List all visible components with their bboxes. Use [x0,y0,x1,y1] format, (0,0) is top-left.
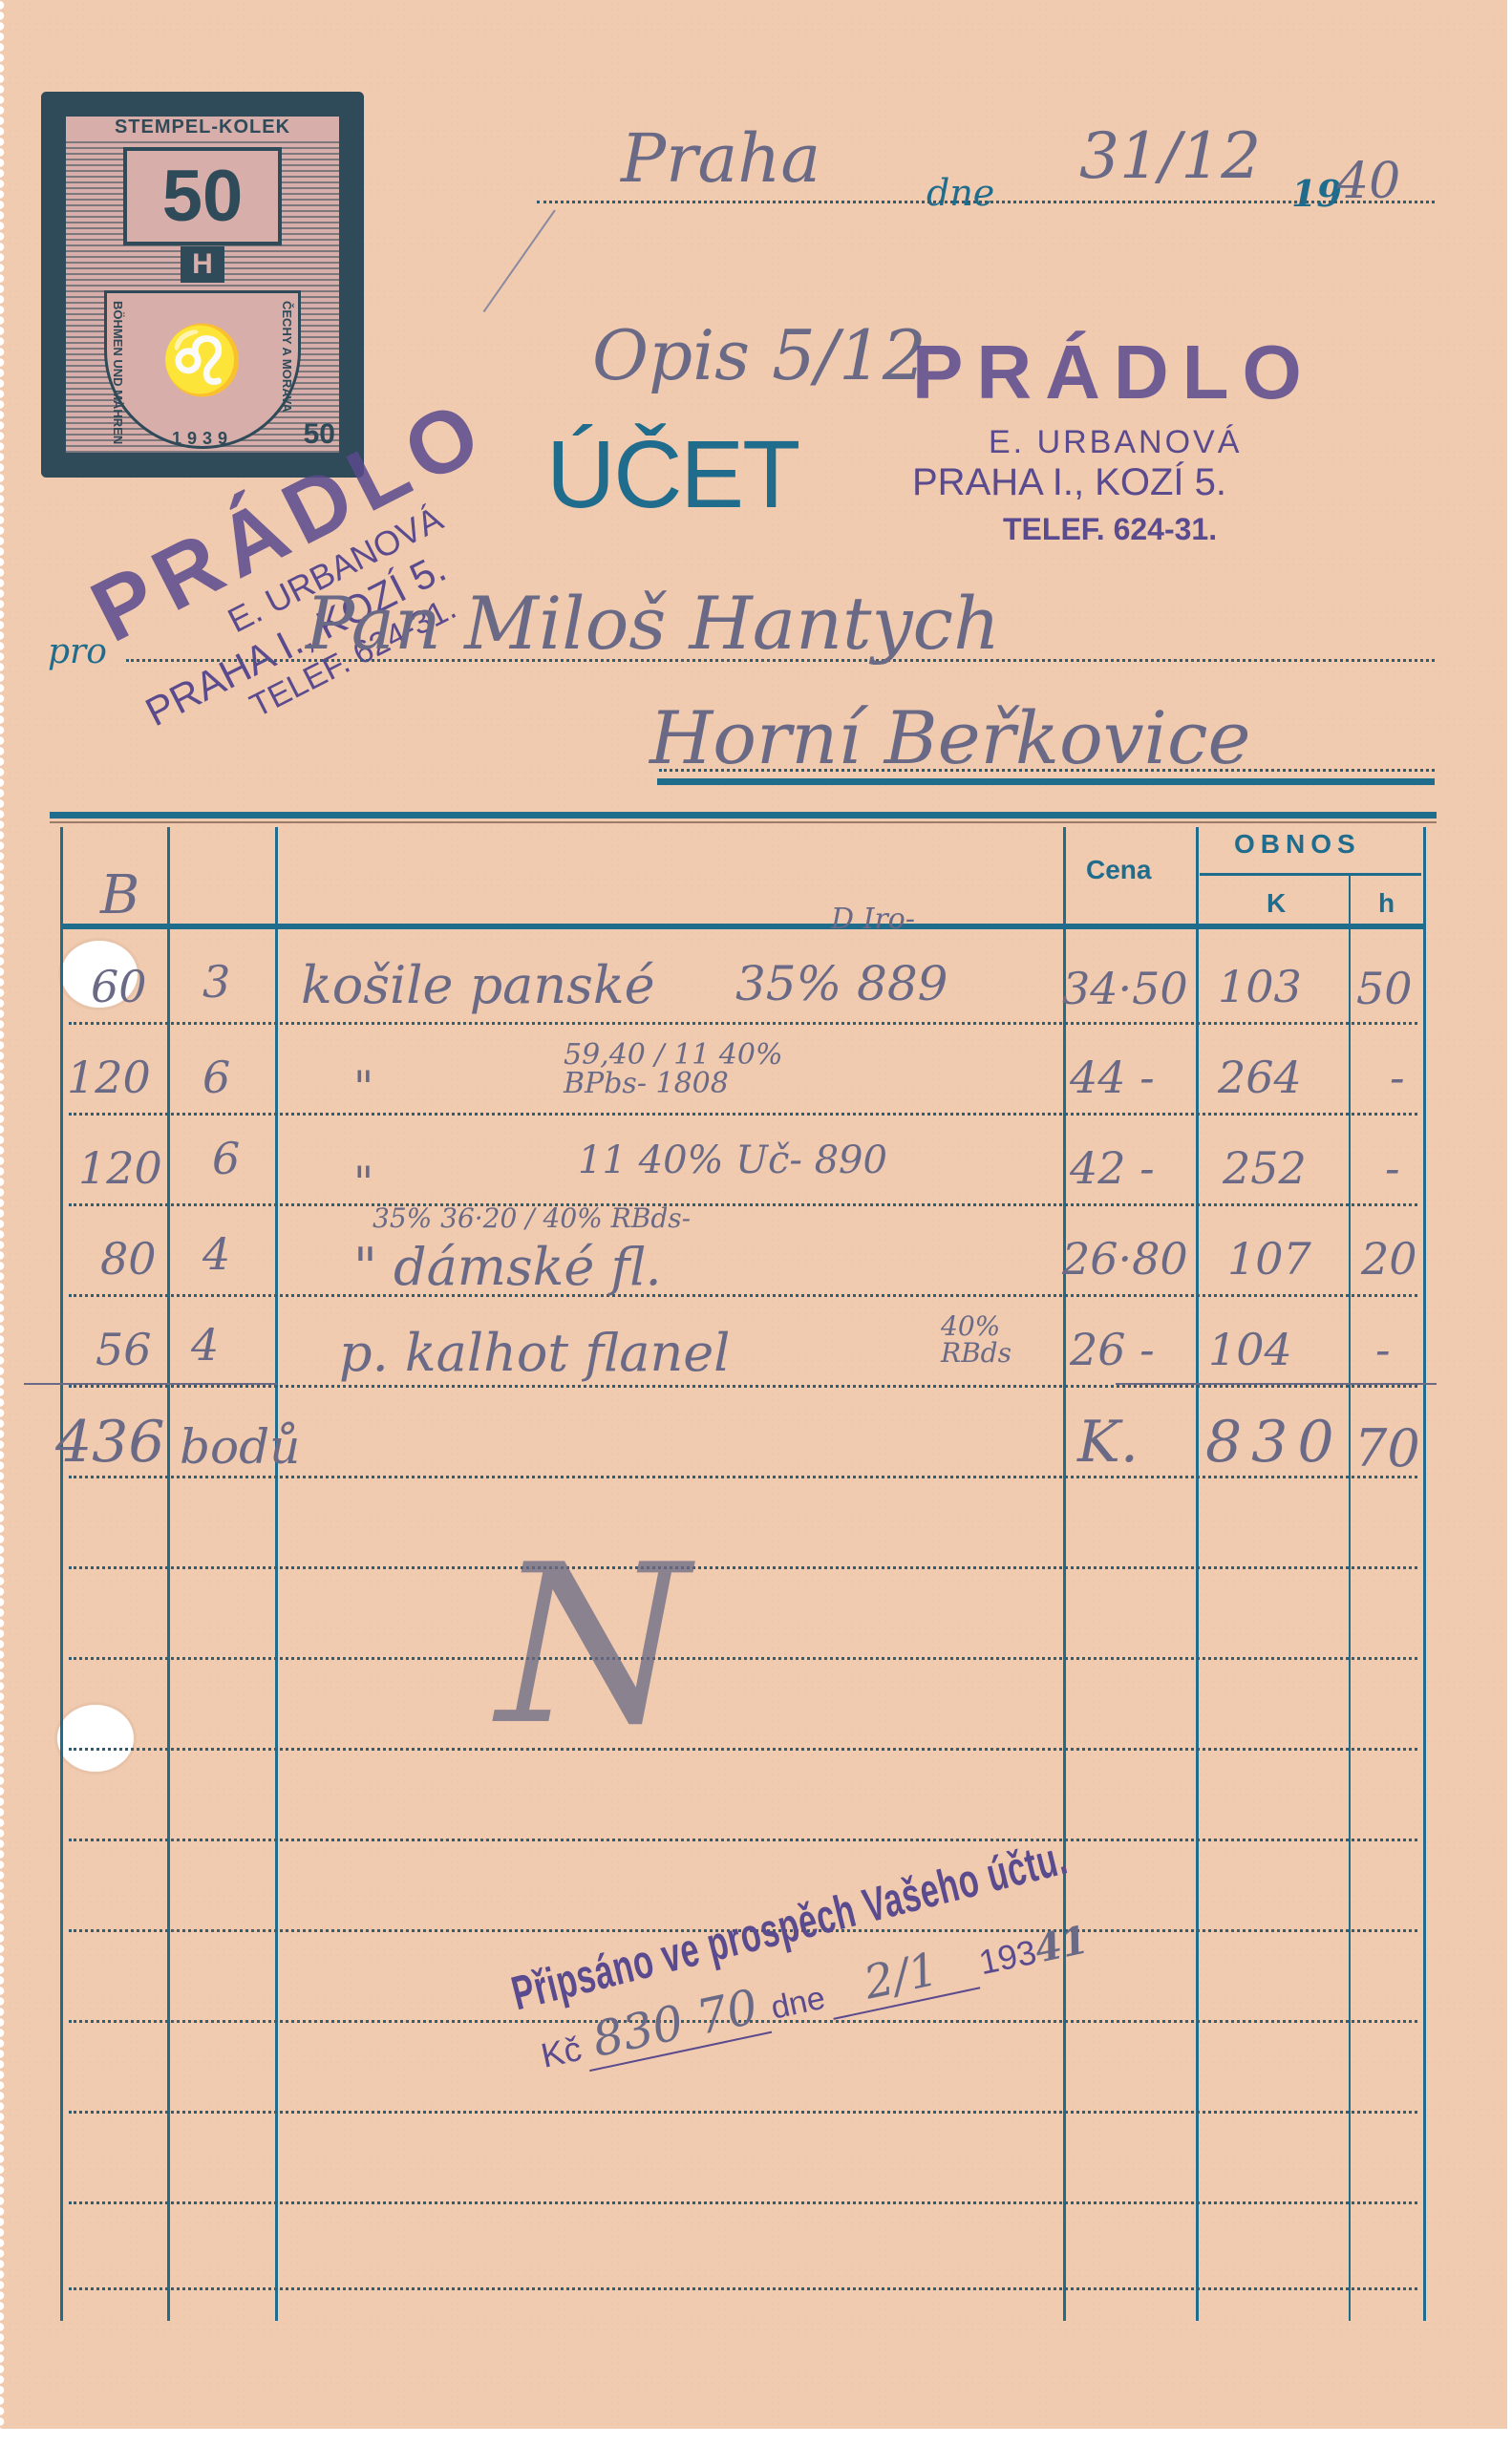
place-handwritten: Praha [621,119,820,198]
perforated-edge [0,0,8,2429]
row-cena: 42 - [1070,1146,1155,1190]
stamp-left-text: BÖHMEN UND MÄHREN [111,301,125,444]
stamp-year: 1939 [66,429,339,449]
row-cena: 26·80 [1062,1237,1188,1281]
row-note-top: D Iro- [831,905,915,934]
cena-header: Cena [1086,855,1151,885]
row-qty: 6 [202,1055,230,1099]
row-b: 56 [96,1328,152,1371]
payment-year-prefix: 193 [975,1932,1039,1983]
row-qty: 4 [191,1323,219,1367]
row-note: 11 40% Uč- 890 [578,1141,887,1180]
col-line [1349,875,1351,2321]
obnos-h-header: h [1378,888,1395,919]
row-note: 59,40 / 11 40% BPbs- 1808 [564,1041,802,1098]
table-top-bar [50,812,1437,819]
row-k: 103 [1218,965,1302,1009]
stamp-value: 50 [123,147,282,245]
payment-dne-label: dne [768,1980,828,2027]
table-top-thin-rule [50,821,1437,823]
date-handwritten: 31/12 [1079,119,1261,193]
row-cena: 34·50 [1062,967,1188,1010]
col-line [275,827,278,2321]
col-b-header: B [100,864,139,926]
row-desc: " dámské fl. [353,1242,662,1293]
row-qty: 6 [212,1137,240,1180]
col-line [1196,827,1199,2321]
row-note: 40% RBds [941,1313,1036,1367]
kc-label: Kč [538,2029,586,2075]
row-k: 252 [1223,1146,1307,1190]
stamp-header: STEMPEL-KOLEK [66,117,339,138]
total-cena-label: K. [1077,1414,1139,1471]
invoice-title: ÚČET [546,420,799,530]
obnos-subrule [1200,873,1421,876]
row-qty: 3 [202,960,230,1004]
total-qty-label: bodů [180,1423,300,1471]
total-underline-right [1116,1383,1437,1385]
header-bottom-bar [63,924,1423,929]
row-cena: 26 - [1070,1328,1155,1371]
row-k: 264 [1218,1055,1302,1099]
dne-label: dne [926,172,994,214]
col-line [167,827,170,2321]
place-dotted-line [659,769,1435,772]
row-b: 80 [100,1237,157,1281]
row-desc: " [353,1065,373,1109]
row-qty: 4 [202,1232,230,1276]
row-cena: 44 - [1070,1055,1155,1099]
copy-note: Opis 5/12 [592,315,926,395]
lion-icon: ♌ [107,322,298,400]
obnos-header: OBNOS [1234,829,1361,860]
row-desc: p. kalhot flanel [339,1328,730,1379]
stamp-owner: E. URBANOVÁ [912,424,1390,461]
row-h: - [1375,1328,1391,1371]
pro-label: pro [48,632,107,671]
revenue-stamp: STEMPEL-KOLEK 50 H ♌ BÖHMEN UND MÄHREN Č… [45,96,360,474]
row-note: 35% 889 [735,960,948,1008]
date-dotted-line [537,201,1435,203]
business-stamp: PRÁDLO E. URBANOVÁ PRAHA I., KOZÍ 5. TEL… [912,334,1390,547]
punch-hole [57,1705,134,1772]
stamp-name: PRÁDLO [912,334,1390,411]
row-k: 104 [1208,1328,1292,1371]
payment-year-suffix: 41 [1031,1917,1092,1972]
row-h: - [1390,1055,1405,1099]
row-b: 60 [91,965,147,1009]
row-note: 35% 36·20 / 40% RBds- [373,1205,691,1232]
obnos-k-header: K [1267,888,1286,919]
col-line [1423,827,1426,2321]
year-printed-prefix: 19 [1291,172,1342,215]
row-h: - [1385,1146,1400,1190]
row-h: 20 [1361,1237,1417,1281]
stamp-phone: TELEF. 624-31. [912,512,1390,547]
stamp-unit: H [181,246,224,283]
place-underline-bar [657,778,1435,785]
total-b: 436 [55,1414,165,1471]
total-underline-left [24,1383,277,1385]
stamp-address: PRAHA I., KOZÍ 5. [912,461,1390,504]
stamp-shield: ♌ BÖHMEN UND MÄHREN ČECHY A MORAVA [104,290,301,449]
total-k: 830 [1205,1414,1344,1471]
stamp-right-text: ČECHY A MORAVA [280,301,294,413]
col-line [60,827,63,2321]
signature: N [497,1519,689,1774]
row-desc: " [353,1160,373,1204]
col-line [1063,827,1066,2321]
recipient-name: Pan Miloš Hantych [306,581,1000,666]
row-desc: košile panské [301,960,655,1011]
row-b: 120 [67,1055,151,1099]
row-h: 50 [1356,967,1413,1010]
recipient-place: Horní Beřkovice [650,695,1251,780]
row-k: 107 [1227,1237,1311,1281]
row-b: 120 [78,1146,162,1190]
total-h: 70 [1354,1423,1420,1475]
